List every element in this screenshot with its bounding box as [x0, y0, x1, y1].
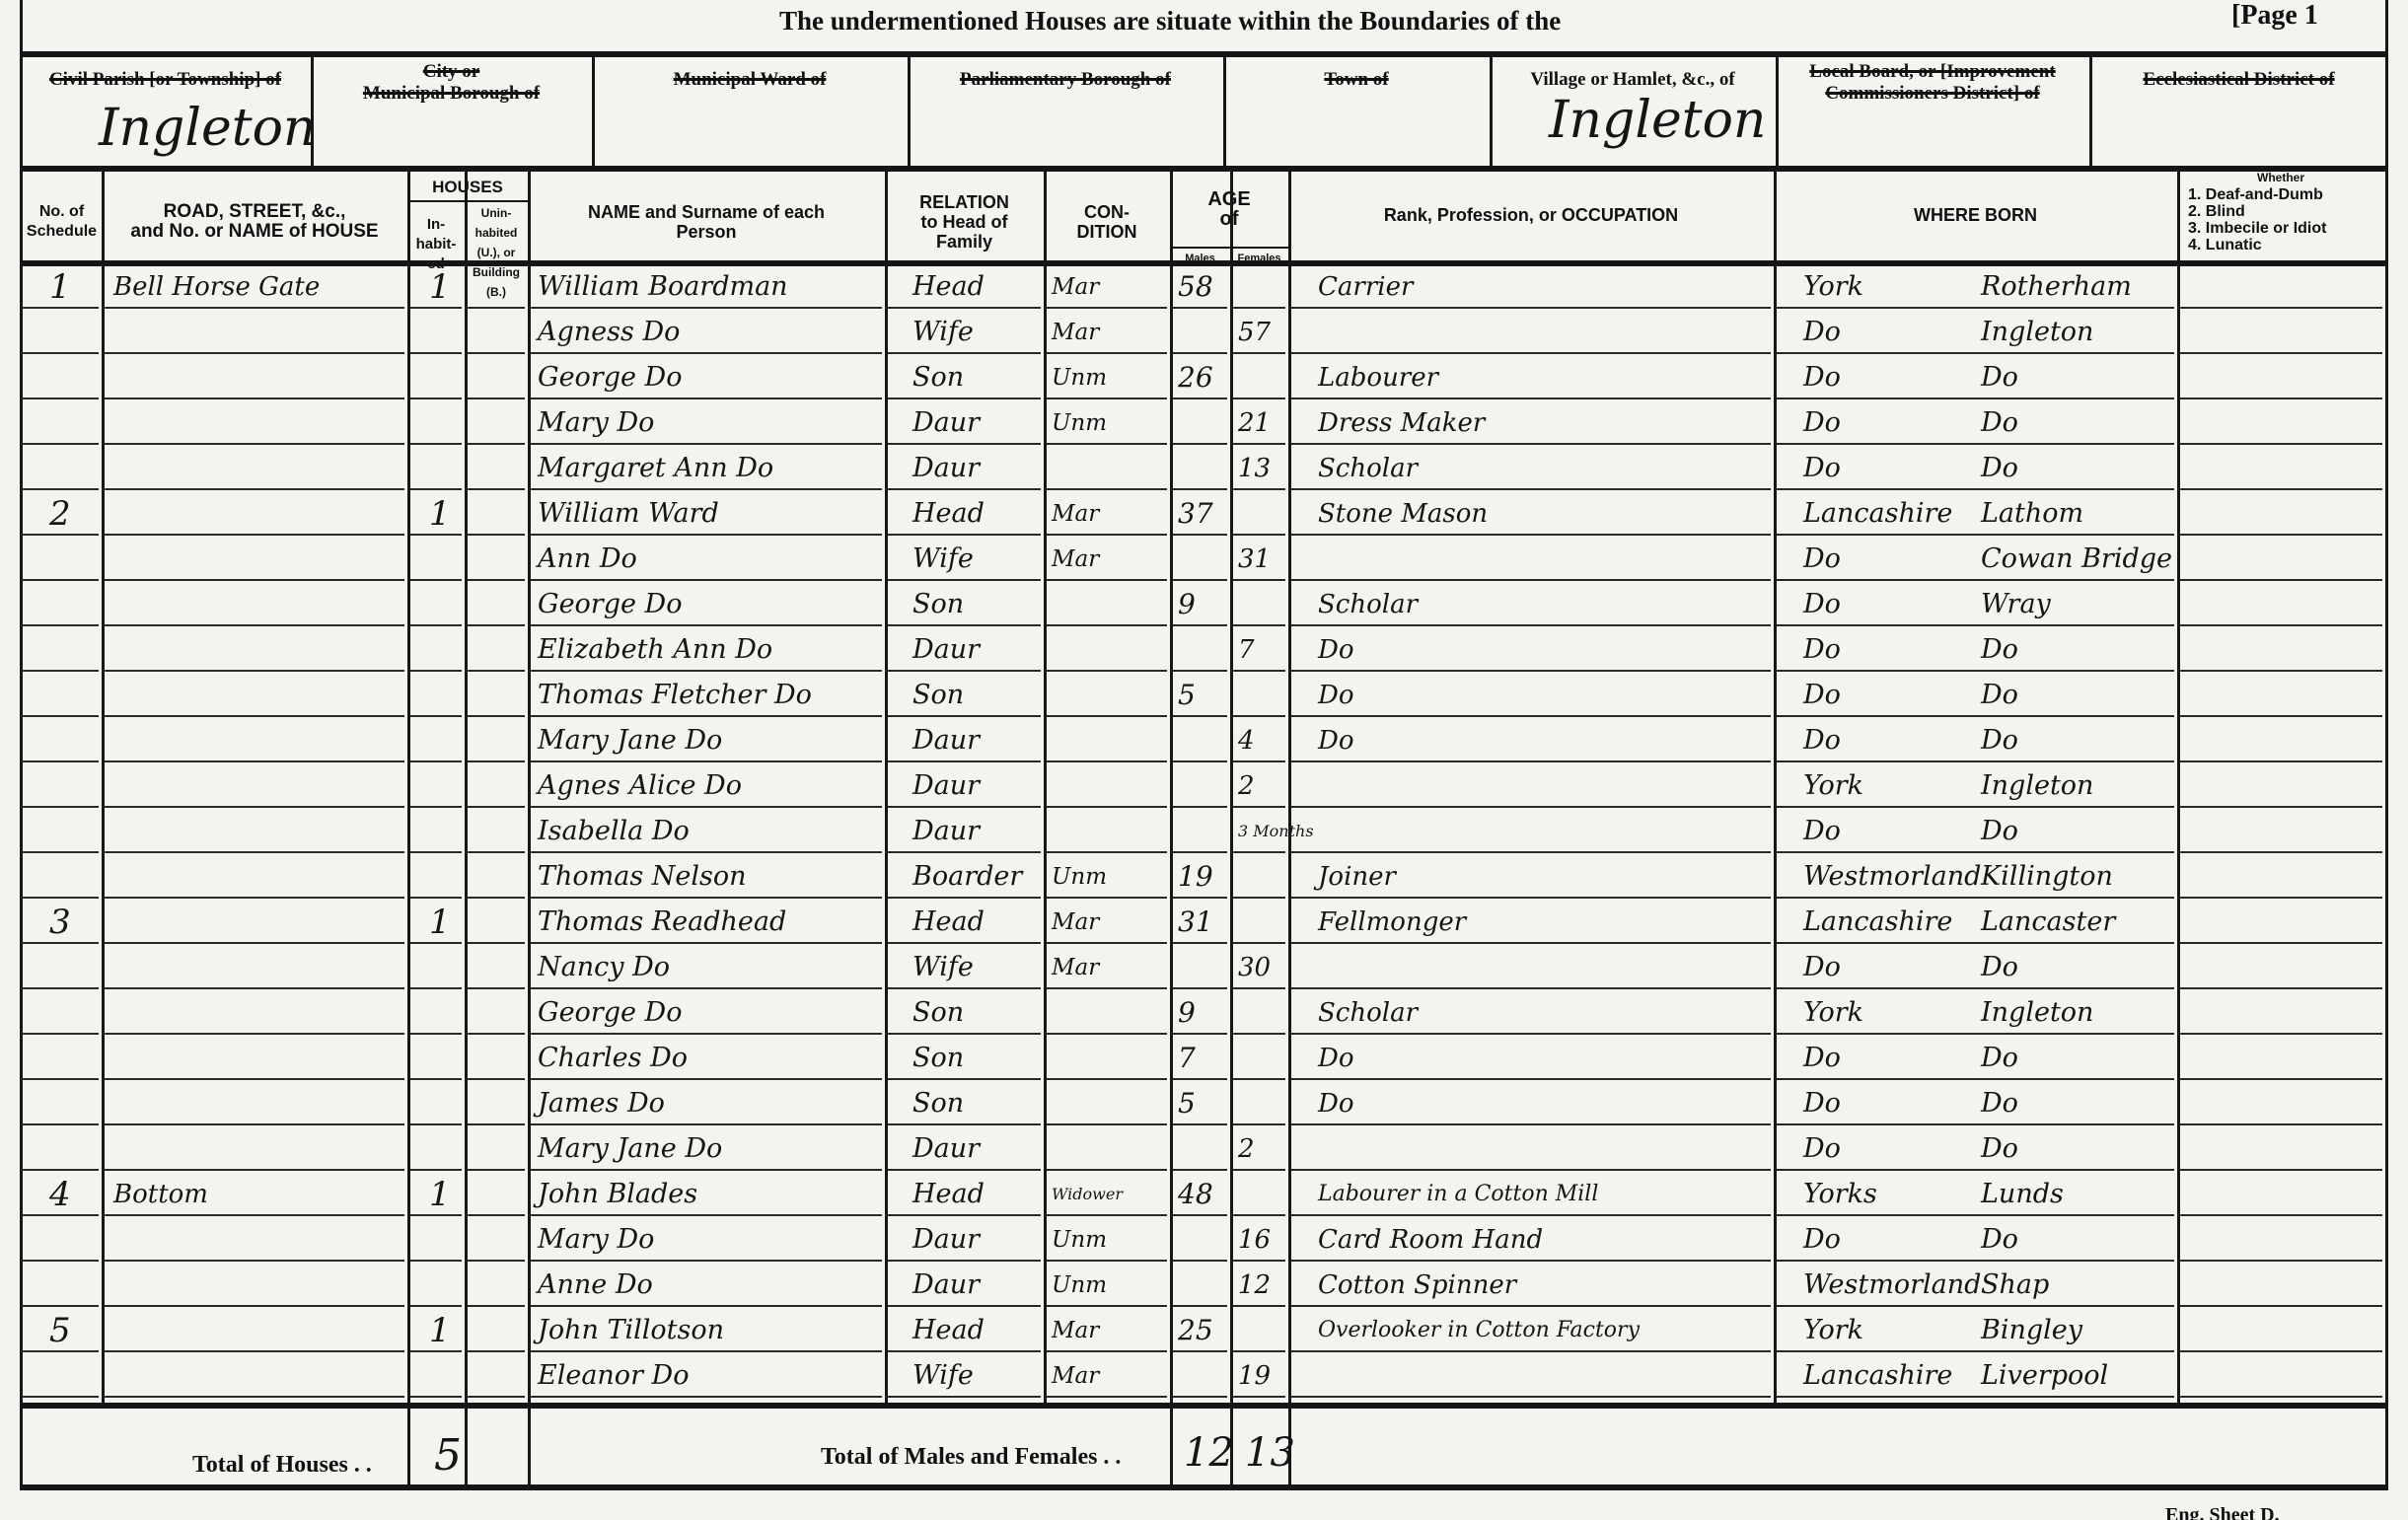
cell-female-age: 21 — [1238, 400, 1271, 446]
cell-inhabited: 1 — [429, 1172, 451, 1217]
table-row: 31Thomas ReadheadHeadMar31FellmongerLanc… — [0, 900, 2408, 945]
cell-female-age: 30 — [1238, 945, 1271, 990]
row-rule — [1173, 579, 1227, 581]
cell-born-county: Do — [1803, 400, 1841, 446]
row-rule — [1047, 1123, 1167, 1125]
cell-relation: Head — [912, 264, 985, 310]
cell-occupation: Overlooker in Cotton Factory — [1318, 1308, 1640, 1353]
column-header-line: In- — [407, 215, 465, 235]
column-header-line: HOUSES — [407, 178, 528, 197]
boundary-label: Parliamentary Borough of — [908, 69, 1223, 91]
column-header-line: of — [1170, 209, 1288, 229]
row-rule — [410, 1123, 462, 1125]
row-rule — [22, 1123, 99, 1125]
cell-occupation: Scholar — [1318, 582, 1418, 627]
row-rule — [410, 579, 462, 581]
cell-relation: Wife — [912, 310, 974, 355]
cell-occupation: Labourer — [1318, 355, 1438, 400]
cell-born-place: Cowan Bridge — [1981, 537, 2172, 582]
row-rule — [2180, 987, 2382, 989]
boundary-label-line: Local Board, or [Improvement — [1776, 61, 2089, 83]
cell-male-age: 31 — [1178, 900, 1213, 945]
row-rule — [2180, 488, 2382, 490]
cell-male-age: 48 — [1178, 1172, 1213, 1217]
column-header-road: ROAD, STREET, &c.,and No. or NAME of HOU… — [102, 202, 407, 242]
cell-name: Isabella Do — [538, 809, 690, 854]
cell-born-place: Rotherham — [1981, 264, 2132, 310]
cell-male-age: 26 — [1178, 355, 1213, 400]
table-row: Thomas Fletcher DoSon5DoDoDo — [0, 673, 2408, 718]
table-row: Isabella DoDaur3 MonthsDoDo — [0, 809, 2408, 854]
row-rule — [1233, 1350, 1285, 1352]
row-rule — [888, 1123, 1041, 1125]
cell-relation: Daur — [912, 627, 980, 673]
row-rule — [22, 897, 99, 899]
cell-female-age: 2 — [1238, 763, 1255, 809]
row-rule — [888, 398, 1041, 399]
cell-name: John Tillotson — [538, 1308, 724, 1353]
cell-relation: Head — [912, 1172, 985, 1217]
table-row: 4Bottom1John BladesHeadWidower48Labourer… — [0, 1172, 2408, 1217]
table-row: Charles DoSon7DoDoDo — [0, 1036, 2408, 1081]
row-rule — [2180, 1078, 2382, 1080]
row-rule — [22, 670, 99, 672]
column-header-schedule: No. ofSchedule — [22, 202, 102, 242]
row-rule — [105, 1350, 404, 1352]
row-rule — [1173, 1396, 1227, 1398]
row-rule — [888, 624, 1041, 626]
column-header-condition: CON-DITION — [1044, 202, 1170, 242]
row-rule — [22, 806, 99, 808]
column-header-line: (U.), or — [465, 243, 528, 262]
column-header-line: CON- — [1044, 202, 1170, 222]
row-rule — [468, 715, 525, 717]
column-header-line: 3. Imbecile or Idiot — [2188, 220, 2326, 237]
row-rule — [1291, 579, 1771, 581]
row-rule — [22, 488, 99, 490]
cell-born-county: Westmorland — [1803, 1263, 1981, 1308]
cell-relation: Daur — [912, 1263, 980, 1308]
cell-born-place: Ingleton — [1981, 310, 2093, 355]
row-rule — [1233, 1078, 1285, 1080]
cell-born-county: Yorks — [1803, 1172, 1877, 1217]
column-header-line: 2. Blind — [2188, 203, 2326, 220]
cell-name: Elizabeth Ann Do — [538, 627, 772, 673]
boundary-label: Civil Parish [or Township] of — [20, 69, 311, 91]
cell-condition: Mar — [1052, 1308, 1099, 1353]
cell-name: Anne Do — [538, 1263, 653, 1308]
cell-name: Mary Do — [538, 1217, 654, 1263]
cell-name: John Blades — [538, 1172, 697, 1217]
rule-under-boundaries — [20, 166, 2388, 172]
column-header-line: Unin- — [465, 203, 528, 223]
row-rule — [2180, 1123, 2382, 1125]
cell-born-place: Shap — [1981, 1263, 2049, 1308]
cell-relation: Wife — [912, 537, 974, 582]
cell-born-county: Do — [1803, 718, 1841, 763]
total-houses-value: 5 — [434, 1430, 462, 1481]
cell-relation: Head — [912, 900, 985, 945]
cell-born-county: Do — [1803, 1081, 1841, 1126]
row-rule — [1173, 1169, 1227, 1171]
row-rule — [468, 579, 525, 581]
row-rule — [1233, 307, 1285, 309]
row-rule — [2180, 1033, 2382, 1035]
page-title: The undermentioned Houses are situate wi… — [779, 6, 1561, 36]
row-rule — [410, 398, 462, 399]
row-rule — [2180, 1214, 2382, 1216]
row-rule — [22, 579, 99, 581]
cell-born-county: Do — [1803, 1036, 1841, 1081]
row-rule — [1291, 352, 1771, 354]
column-header-line: WHERE BORN — [1774, 205, 2177, 225]
cell-occupation: Joiner — [1318, 854, 1396, 900]
cell-male-age: 25 — [1178, 1308, 1213, 1353]
cell-born-place: Lathom — [1981, 491, 2083, 537]
row-rule — [22, 987, 99, 989]
row-rule — [2180, 897, 2382, 899]
column-header-whether: Whether1. Deaf-and-Dumb2. Blind3. Imbeci… — [2188, 170, 2326, 253]
row-rule — [105, 1169, 404, 1171]
table-row: 21William WardHeadMar37Stone MasonLancas… — [0, 491, 2408, 537]
cell-inhabited: 1 — [429, 264, 451, 310]
cell-born-place: Do — [1981, 355, 2018, 400]
cell-born-place: Wray — [1981, 582, 2051, 627]
cell-occupation: Cotton Spinner — [1318, 1263, 1516, 1308]
row-rule — [2180, 942, 2382, 944]
row-rule — [1291, 760, 1771, 762]
cell-born-county: Do — [1803, 310, 1841, 355]
cell-relation: Head — [912, 1308, 985, 1353]
cell-born-county: Lancashire — [1803, 1353, 1952, 1399]
row-rule — [2180, 760, 2382, 762]
row-rule — [468, 851, 525, 853]
row-rule — [1291, 851, 1771, 853]
row-rule — [1173, 352, 1227, 354]
row-rule — [2180, 1305, 2382, 1307]
column-header-line: Family — [885, 232, 1044, 252]
cell-born-place: Do — [1981, 673, 2018, 718]
cell-born-county: York — [1803, 1308, 1863, 1353]
table-row: George DoSonUnm26LabourerDoDo — [0, 355, 2408, 400]
row-rule — [410, 624, 462, 626]
cell-occupation: Card Room Hand — [1318, 1217, 1543, 1263]
cell-relation: Daur — [912, 1217, 980, 1263]
row-rule — [468, 534, 525, 536]
cell-born-county: Do — [1803, 582, 1841, 627]
row-rule — [1173, 987, 1227, 989]
row-rule — [1173, 1305, 1227, 1307]
cell-condition: Unm — [1052, 1263, 1107, 1308]
table-row: 1Bell Horse Gate1William BoardmanHeadMar… — [0, 264, 2408, 310]
cell-born-county: Do — [1803, 809, 1841, 854]
column-header-line: Rank, Profession, or OCCUPATION — [1288, 205, 1774, 225]
table-row: Nancy DoWifeMar30DoDo — [0, 945, 2408, 990]
row-rule — [105, 806, 404, 808]
cell-relation: Daur — [912, 446, 980, 491]
row-rule — [410, 806, 462, 808]
boundary-value: Ingleton — [1549, 91, 1766, 150]
cell-relation: Daur — [912, 809, 980, 854]
cell-born-place: Do — [1981, 718, 2018, 763]
rule-bottom — [20, 1484, 2388, 1490]
row-rule — [468, 1305, 525, 1307]
column-header-line: Whether — [2188, 170, 2326, 186]
row-rule — [410, 443, 462, 445]
cell-name: Thomas Readhead — [538, 900, 786, 945]
row-rule — [468, 1123, 525, 1125]
total-females-value: 13 — [1245, 1430, 1295, 1476]
row-rule — [1233, 897, 1285, 899]
houses-subrule — [407, 200, 528, 202]
cell-male-age: 9 — [1178, 990, 1196, 1036]
row-rule — [468, 443, 525, 445]
table-row: Agness DoWifeMar57DoIngleton — [0, 310, 2408, 355]
cell-occupation: Do — [1318, 673, 1354, 718]
column-header-line: habited — [465, 223, 528, 243]
cell-relation: Boarder — [912, 854, 1022, 900]
row-rule — [888, 715, 1041, 717]
cell-road: Bottom — [113, 1172, 208, 1217]
row-rule — [468, 488, 525, 490]
total-males-value: 12 — [1184, 1430, 1234, 1476]
cell-schedule: 1 — [49, 264, 71, 310]
cell-male-age: 5 — [1178, 1081, 1196, 1126]
cell-schedule: 3 — [49, 900, 71, 945]
cell-condition: Mar — [1052, 264, 1099, 310]
row-rule — [410, 1033, 462, 1035]
column-header-line: RELATION — [885, 192, 1044, 212]
cell-male-age: 58 — [1178, 264, 1213, 310]
cell-name: Mary Jane Do — [538, 1126, 722, 1172]
row-rule — [468, 1033, 525, 1035]
row-rule — [22, 398, 99, 399]
row-rule — [22, 352, 99, 354]
row-rule — [105, 1396, 404, 1398]
rule-under-title — [20, 51, 2388, 57]
row-rule — [1173, 760, 1227, 762]
cell-name: Ann Do — [538, 537, 637, 582]
cell-condition: Unm — [1052, 355, 1107, 400]
table-row: George DoSon9ScholarDoWray — [0, 582, 2408, 627]
cell-born-county: Do — [1803, 945, 1841, 990]
cell-occupation: Do — [1318, 627, 1354, 673]
table-row: George DoSon9ScholarYorkIngleton — [0, 990, 2408, 1036]
boundary-label-line: Municipal Ward of — [592, 69, 908, 91]
cell-female-age: 4 — [1238, 718, 1255, 763]
row-rule — [105, 398, 404, 399]
cell-name: Agness Do — [538, 310, 680, 355]
cell-condition: Mar — [1052, 310, 1099, 355]
cell-female-age: 12 — [1238, 1263, 1271, 1308]
table-row: Thomas NelsonBoarderUnm19JoinerWestmorla… — [0, 854, 2408, 900]
boundary-value: Ingleton — [99, 99, 316, 158]
row-rule — [2180, 307, 2382, 309]
row-rule — [1173, 488, 1227, 490]
cell-relation: Wife — [912, 1353, 974, 1399]
row-rule — [1233, 624, 1285, 626]
column-header-occupation: Rank, Profession, or OCCUPATION — [1288, 205, 1774, 225]
cell-male-age: 5 — [1178, 673, 1196, 718]
column-header-born: WHERE BORN — [1774, 205, 2177, 225]
cell-male-age: 37 — [1178, 491, 1213, 537]
cell-born-place: Do — [1981, 945, 2018, 990]
total-persons-label: Total of Males and Females . . — [821, 1444, 1121, 1471]
row-rule — [2180, 443, 2382, 445]
cell-occupation: Scholar — [1318, 990, 1418, 1036]
boundary-label-line: Commissioners District] of — [1776, 83, 2089, 105]
cell-condition: Unm — [1052, 854, 1107, 900]
row-rule — [1291, 806, 1771, 808]
row-rule — [105, 1305, 404, 1307]
row-rule — [410, 1305, 462, 1307]
row-rule — [468, 1396, 525, 1398]
row-rule — [468, 897, 525, 899]
row-rule — [468, 806, 525, 808]
column-header-line: DITION — [1044, 222, 1170, 242]
row-rule — [2180, 715, 2382, 717]
row-rule — [2180, 670, 2382, 672]
row-rule — [2180, 534, 2382, 536]
row-rule — [468, 1260, 525, 1262]
cell-born-place: Do — [1981, 1126, 2018, 1172]
row-rule — [888, 1078, 1041, 1080]
row-rule — [410, 715, 462, 717]
cell-condition: Unm — [1052, 400, 1107, 446]
cell-female-age: 2 — [1238, 1126, 1255, 1172]
row-rule — [105, 897, 404, 899]
table-row: Margaret Ann DoDaur13ScholarDoDo — [0, 446, 2408, 491]
row-rule — [468, 352, 525, 354]
row-rule — [410, 760, 462, 762]
row-rule — [2180, 398, 2382, 399]
cell-occupation: Scholar — [1318, 446, 1418, 491]
row-rule — [1047, 806, 1167, 808]
cell-female-age: 31 — [1238, 537, 1271, 582]
boundary-label-line: Municipal Borough of — [311, 83, 592, 105]
cell-born-place: Do — [1981, 446, 2018, 491]
cell-schedule: 2 — [49, 491, 71, 537]
table-row: Elizabeth Ann DoDaur7DoDoDo — [0, 627, 2408, 673]
cell-relation: Wife — [912, 945, 974, 990]
row-rule — [22, 624, 99, 626]
row-rule — [105, 760, 404, 762]
cell-relation: Daur — [912, 718, 980, 763]
row-rule — [468, 942, 525, 944]
cell-born-place: Do — [1981, 1036, 2018, 1081]
row-rule — [22, 443, 99, 445]
table-row: Ann DoWifeMar31DoCowan Bridge — [0, 537, 2408, 582]
cell-born-place: Do — [1981, 627, 2018, 673]
row-rule — [1233, 398, 1285, 399]
column-header-line: and No. or NAME of HOUSE — [102, 222, 407, 242]
cell-born-place: Ingleton — [1981, 763, 2093, 809]
cell-born-county: York — [1803, 264, 1863, 310]
cell-born-place: Do — [1981, 809, 2018, 854]
row-rule — [105, 670, 404, 672]
cell-name: Nancy Do — [538, 945, 670, 990]
row-rule — [468, 670, 525, 672]
row-rule — [22, 1078, 99, 1080]
row-rule — [1047, 715, 1167, 717]
row-rule — [410, 670, 462, 672]
row-rule — [888, 1033, 1041, 1035]
row-rule — [1233, 1033, 1285, 1035]
row-rule — [1047, 488, 1167, 490]
row-rule — [2180, 352, 2382, 354]
cell-born-county: Do — [1803, 627, 1841, 673]
row-rule — [410, 987, 462, 989]
cell-male-age: 19 — [1178, 854, 1213, 900]
cell-female-age: 13 — [1238, 446, 1271, 491]
cell-name: George Do — [538, 990, 682, 1036]
boundary-label-line: Civil Parish [or Township] of — [20, 69, 311, 91]
row-rule — [1173, 806, 1227, 808]
row-rule — [1291, 1078, 1771, 1080]
cell-name: William Ward — [538, 491, 719, 537]
cell-born-county: Lancashire — [1803, 491, 1952, 537]
boundary-label: Ecclesiastical District of — [2089, 69, 2388, 91]
row-rule — [410, 352, 462, 354]
cell-condition: Mar — [1052, 945, 1099, 990]
cell-road: Bell Horse Gate — [113, 264, 320, 310]
row-rule — [1233, 715, 1285, 717]
row-rule — [1047, 1078, 1167, 1080]
cell-born-place: Do — [1981, 1217, 2018, 1263]
cell-born-place: Lancaster — [1981, 900, 2115, 945]
table-row: Mary DoDaurUnm21Dress MakerDoDo — [0, 400, 2408, 446]
table-row: Mary Jane DoDaur2DoDo — [0, 1126, 2408, 1172]
cell-name: Margaret Ann Do — [538, 446, 773, 491]
column-header-houses: HOUSES — [407, 178, 528, 197]
row-rule — [410, 1396, 462, 1398]
row-rule — [1047, 1033, 1167, 1035]
cell-name: Mary Jane Do — [538, 718, 722, 763]
row-rule — [410, 488, 462, 490]
row-rule — [105, 352, 404, 354]
table-row: Eleanor DoWifeMar19LancashireLiverpool — [0, 1353, 2408, 1399]
cell-name: Thomas Nelson — [538, 854, 747, 900]
boundary-label: Village or Hamlet, &c., of — [1490, 69, 1776, 91]
row-rule — [468, 1169, 525, 1171]
row-rule — [2180, 806, 2382, 808]
column-header-line: Schedule — [22, 222, 102, 242]
cell-condition: Widower — [1052, 1172, 1123, 1217]
row-rule — [468, 398, 525, 399]
row-rule — [105, 987, 404, 989]
cell-born-county: Do — [1803, 1217, 1841, 1263]
row-rule — [468, 307, 525, 309]
cell-occupation: Labourer in a Cotton Mill — [1318, 1172, 1598, 1217]
column-header-line: to Head of — [885, 212, 1044, 232]
boundary-label-line: Town of — [1223, 69, 1490, 91]
row-rule — [105, 579, 404, 581]
column-header-line: No. of — [22, 202, 102, 222]
column-header-line: 1. Deaf-and-Dumb — [2188, 186, 2326, 203]
cell-female-age: 3 Months — [1238, 809, 1314, 854]
row-rule — [22, 715, 99, 717]
table-row: Anne DoDaurUnm12Cotton SpinnerWestmorlan… — [0, 1263, 2408, 1308]
cell-born-county: York — [1803, 763, 1863, 809]
boundary-label: Town of — [1223, 69, 1490, 91]
cell-born-county: Do — [1803, 673, 1841, 718]
row-rule — [105, 443, 404, 445]
cell-male-age: 9 — [1178, 582, 1196, 627]
row-rule — [1173, 443, 1227, 445]
cell-relation: Son — [912, 673, 964, 718]
cell-born-county: Do — [1803, 446, 1841, 491]
row-rule — [105, 624, 404, 626]
